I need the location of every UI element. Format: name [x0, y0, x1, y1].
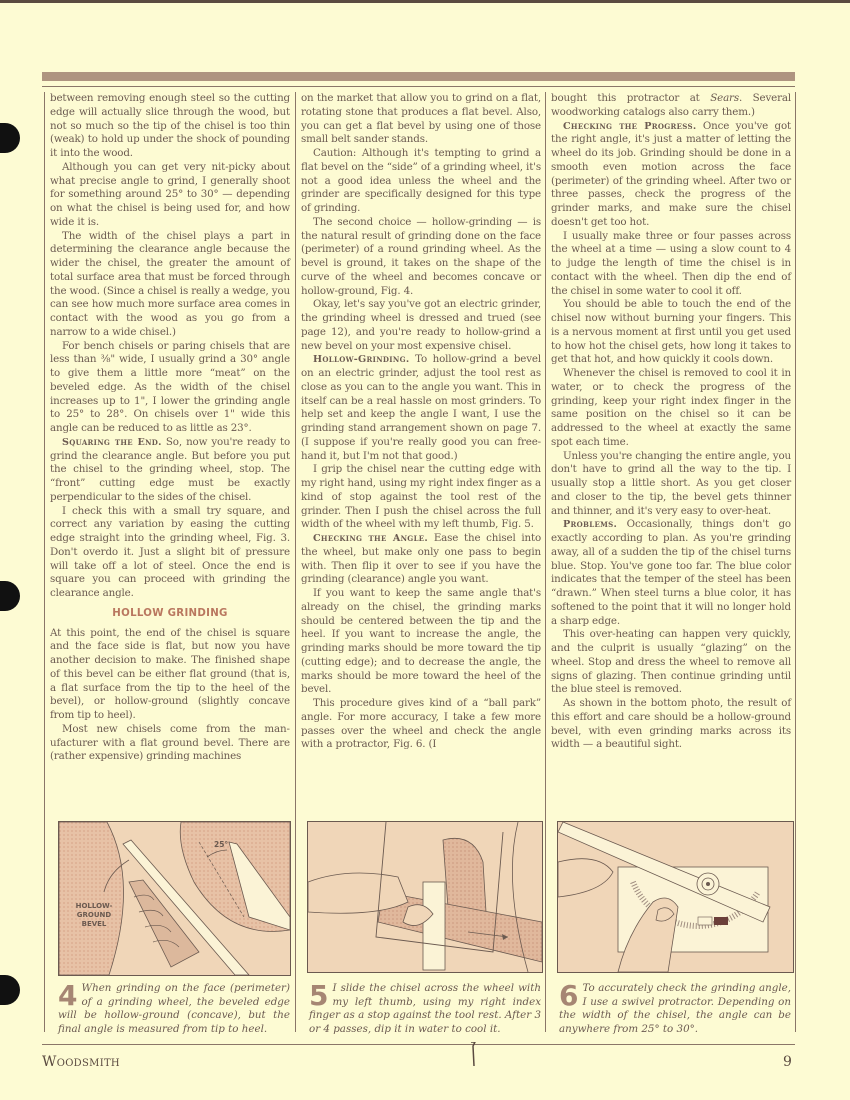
binder-hole	[0, 975, 20, 1005]
paragraph: Most new chisels come from the man­ufact…	[50, 723, 290, 764]
run-in-head: Squaring the End.	[62, 437, 162, 448]
figure-4-caption: 4When grinding on the face (perimeter) o…	[58, 982, 290, 1036]
binder-hole	[0, 123, 20, 153]
paragraph: I check this with a small try square, an…	[50, 505, 290, 601]
hollow-label-3: BEVEL	[82, 920, 107, 928]
paragraph-checking-angle: Checking the Angle. Ease the chisel into…	[301, 532, 541, 587]
hollow-ground-bevel-diagram: 25° HOLLOW- GROUND BEVEL	[59, 822, 290, 975]
paragraph: Caution: Although it's tempting to grind…	[301, 147, 541, 216]
paragraph: Okay, let's say you've got an electric g…	[301, 298, 541, 353]
figure-5-illustration	[307, 821, 543, 973]
paragraph-problems: Problems. Occasionally, things don't go …	[551, 518, 791, 628]
hollow-label-2: GROUND	[77, 911, 112, 919]
footer-rule	[42, 1044, 795, 1045]
paragraph: This over-heating can happen very quickl…	[551, 628, 791, 697]
figure-5-caption: 5I slide the chisel across the wheel wit…	[309, 982, 541, 1036]
paragraph: I grip the chisel near the cutting edge …	[301, 463, 541, 532]
paragraph-checking-progress: Checking the Progress. Once you've got t…	[551, 120, 791, 230]
hollow-label-1: HOLLOW-	[76, 902, 113, 910]
ink-mark	[470, 1042, 476, 1066]
paragraph: You should be able to touch the end of t…	[551, 298, 791, 367]
column-3: bought this protractor at Sears. Several…	[551, 92, 791, 752]
column-rule	[545, 92, 546, 1032]
header-bar	[42, 72, 795, 81]
swivel-protractor-drawing	[558, 822, 793, 972]
paragraph: bought this protractor at Sears. Several…	[551, 92, 791, 120]
paragraph-hollow-grinding: Hollow-Grinding. To hollow-grind a bevel…	[301, 353, 541, 463]
page-number: 9	[783, 1054, 792, 1070]
paragraph: I usually make three or four passes acro…	[551, 230, 791, 299]
column-2: on the market that allow you to grind on…	[301, 92, 541, 752]
figure-4-illustration: 25° HOLLOW- GROUND BEVEL	[58, 821, 291, 976]
run-in-head: Hollow-Grinding.	[313, 354, 410, 365]
figure-number: 5	[309, 984, 328, 1008]
run-in-head: Problems.	[563, 519, 617, 530]
run-in-head: Checking the Progress.	[563, 121, 696, 132]
section-heading: HOLLOW GRINDING	[50, 607, 290, 621]
page-top-edge	[0, 0, 850, 3]
paragraph: Whenever the chisel is removed to cool i…	[551, 367, 791, 450]
figure-number: 4	[58, 984, 77, 1008]
paragraph: This procedure gives kind of a “ball par…	[301, 697, 541, 752]
header-rule	[42, 86, 795, 87]
paragraph-squaring: Squaring the End. So, now you're ready t…	[50, 436, 290, 505]
paragraph: Although you can get very nit-picky abou…	[50, 161, 290, 230]
column-rule	[795, 92, 796, 1032]
paragraph: If you want to keep the same angle that'…	[301, 587, 541, 697]
column-rule	[44, 92, 45, 1032]
binder-hole	[0, 581, 20, 611]
paragraph: The width of the chisel plays a part in …	[50, 230, 290, 340]
paragraph: At this point, the end of the chisel is …	[50, 627, 290, 723]
paragraph: between removing enough steel so the cut…	[50, 92, 290, 161]
figure-6-illustration	[557, 821, 794, 973]
paragraph: on the market that allow you to grind on…	[301, 92, 541, 147]
paragraph: Unless you're changing the entire angle,…	[551, 450, 791, 519]
chisel-on-grinder-drawing	[308, 822, 542, 972]
column-rule	[295, 92, 296, 1032]
paragraph: As shown in the bottom photo, the result…	[551, 697, 791, 752]
magazine-title: Woodsmith	[42, 1054, 120, 1070]
figure-6-caption: 6To accurately check the grinding angle,…	[559, 982, 791, 1036]
paragraph: For bench chisels or paring chisels that…	[50, 340, 290, 436]
paragraph: The second choice — hollow-grinding — is…	[301, 216, 541, 299]
column-1: between removing enough steel so the cut…	[50, 92, 290, 764]
figure-number: 6	[559, 984, 578, 1008]
angle-label: 25°	[214, 840, 228, 849]
run-in-head: Checking the Angle.	[313, 533, 428, 544]
